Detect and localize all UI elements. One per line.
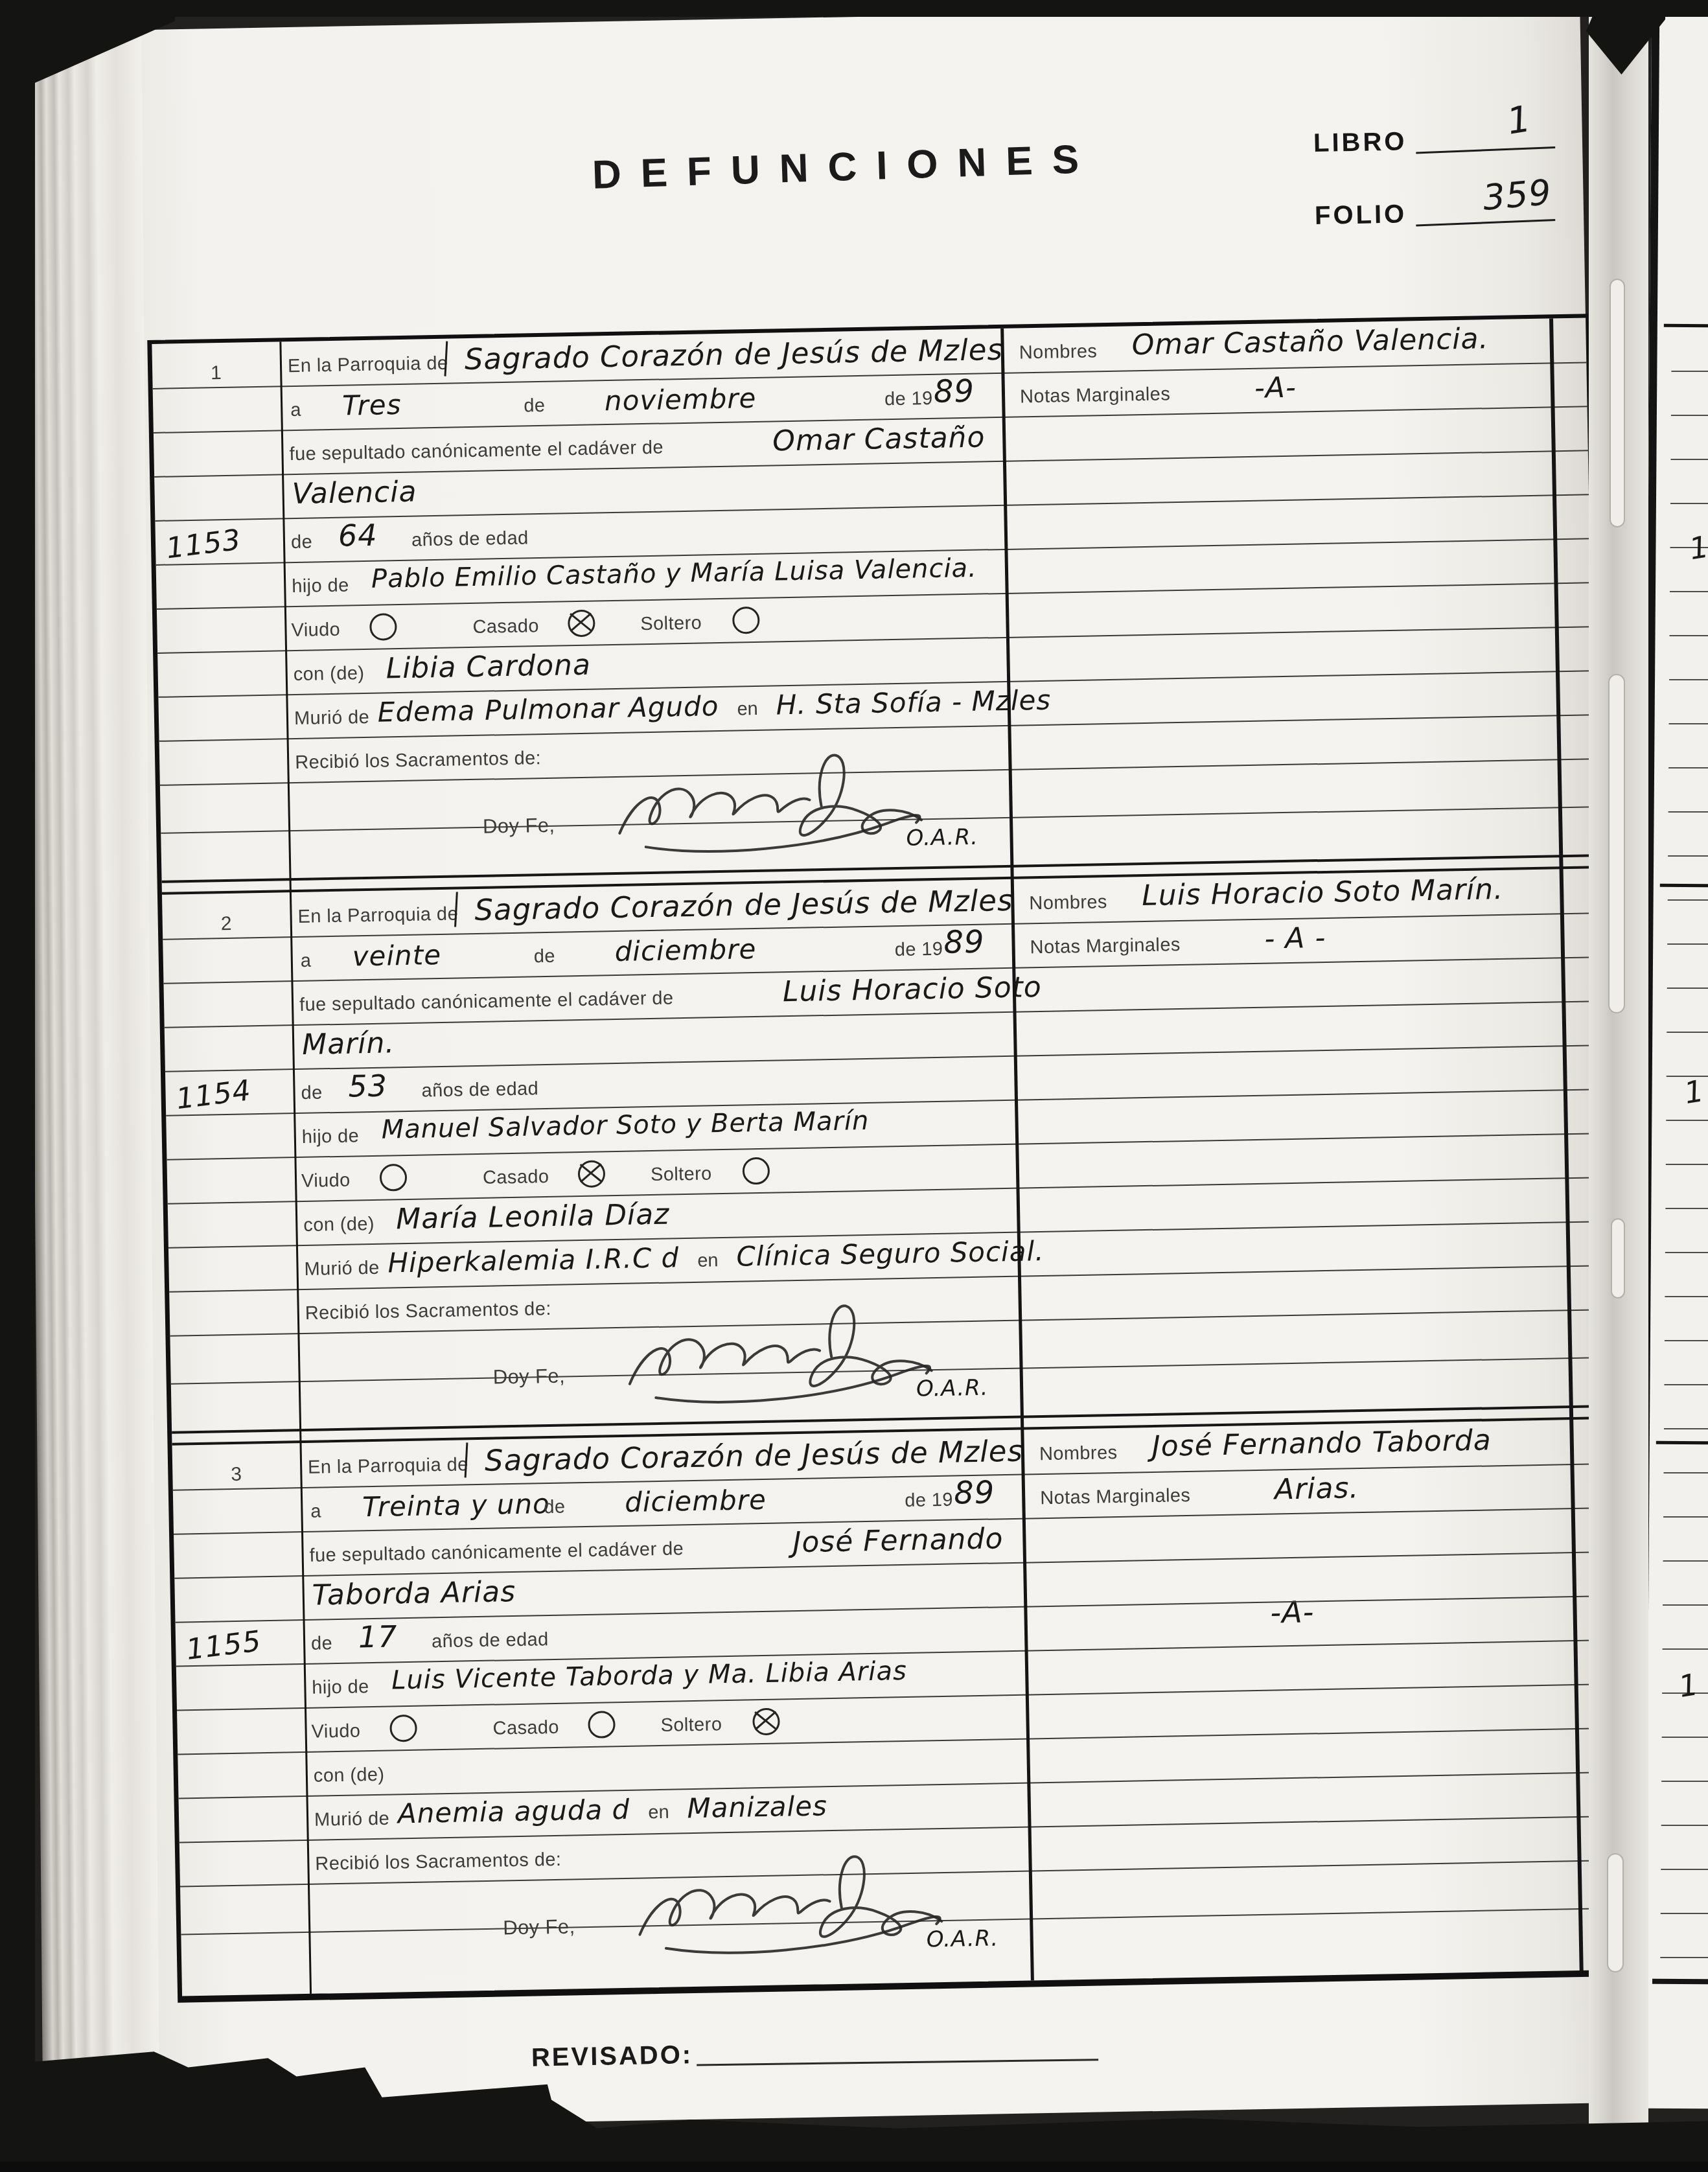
libro-underline xyxy=(1416,146,1556,154)
soltero-label: Soltero xyxy=(651,1163,712,1186)
nombres-value: Luis Horacio Soto Marín. xyxy=(1142,873,1504,912)
cause-values: Edema Pulmonar Agudo en H. Sta Sofía - M… xyxy=(377,684,1051,728)
month-value: diciembre xyxy=(614,933,756,967)
spouse-label: con (de) xyxy=(303,1214,375,1236)
parents-value: Manuel Salvador Soto y Berta Marín xyxy=(381,1106,870,1145)
parents-value: Luis Vicente Taborda y Ma. Libia Arias xyxy=(391,1656,907,1696)
parents-label: hijo de xyxy=(292,575,349,597)
en-label: en xyxy=(648,1802,669,1824)
scan-border-bottom-strip xyxy=(0,2162,1708,2172)
checkbox-casado xyxy=(568,610,595,638)
date-de19-label: de 19 xyxy=(894,939,943,961)
checkbox-viudo xyxy=(380,1164,408,1192)
parish-value: Sagrado Corazón de Jesús de Mzles xyxy=(464,332,1003,376)
parish-value: Sagrado Corazón de Jesús de Mzles xyxy=(485,1434,1024,1478)
age-suffix-label: años de edad xyxy=(421,1078,538,1102)
sacraments-label: Recibió los Sacramentos de: xyxy=(315,1849,561,1875)
notas-label: Notas Marginales xyxy=(1040,1485,1191,1509)
facing-page-table-top xyxy=(1664,324,1708,328)
notas-label: Notas Marginales xyxy=(1030,934,1181,958)
day-value: Treinta y uno xyxy=(362,1488,550,1523)
casado-label: Casado xyxy=(492,1717,559,1740)
register-page: DEFUNCIONES LIBRO 1 FOLIO 359 1 1153 En … xyxy=(111,3,1619,2129)
age-suffix-label: años de edad xyxy=(411,527,529,551)
checkbox-viudo xyxy=(369,613,397,641)
month-value: diciembre xyxy=(625,1484,767,1518)
day-value: veinte xyxy=(352,939,441,973)
date-a-label: a xyxy=(310,1501,321,1522)
libro-value-handwritten: 1 xyxy=(1505,98,1534,143)
book-page-stack-edge xyxy=(25,19,159,2086)
stitch-thread xyxy=(1608,674,1625,1013)
nombres-label: Nombres xyxy=(1039,1442,1118,1465)
attestation-initials: O.A.R. xyxy=(906,824,978,851)
buried-label: fue sepultado canónicamente el cadáver d… xyxy=(299,988,674,1016)
marginal-note: Arias. xyxy=(1275,1472,1359,1506)
folio-label: FOLIO xyxy=(1315,200,1407,230)
age-suffix-label: años de edad xyxy=(432,1629,549,1652)
cause-label: Murió de xyxy=(294,707,370,730)
stitch-thread xyxy=(1610,279,1625,527)
revisado-field: REVISADO: xyxy=(531,2033,1099,2073)
nombres-value: Omar Castaño Valencia. xyxy=(1131,322,1489,362)
nombres-label: Nombres xyxy=(1029,892,1107,914)
scan-border-left xyxy=(0,0,35,2172)
folio-value-handwritten: 359 xyxy=(1481,172,1553,218)
nombres-value: José Fernando Taborda xyxy=(1151,1424,1492,1463)
parish-value: Sagrado Corazón de Jesús de Mzles xyxy=(474,883,1013,927)
facing-page-separator xyxy=(1660,884,1708,888)
age-de-label: de xyxy=(301,1082,323,1104)
death-record: 1 1153 En la Parroquia de Sagrado Corazó… xyxy=(152,318,1596,894)
date-de-label: de xyxy=(544,1497,566,1519)
deceased-name-line1: Omar Castaño xyxy=(772,421,986,457)
age-value: 53 xyxy=(348,1068,388,1103)
soltero-label: Soltero xyxy=(640,612,702,635)
death-record: 3 1155 -A- En la Parroquia de Sagrado Co… xyxy=(172,1419,1617,1996)
priest-signature xyxy=(617,1293,982,1423)
date-de-label: de xyxy=(524,395,546,417)
buried-label: fue sepultado canónicamente el cadáver d… xyxy=(309,1538,684,1567)
spouse-label: con (de) xyxy=(314,1764,385,1787)
date-a-label: a xyxy=(301,951,312,972)
facing-page-table-bottom xyxy=(1652,1979,1708,1985)
parish-label: En la Parroquia de xyxy=(288,353,448,378)
notas-label: Notas Marginales xyxy=(1020,384,1171,408)
checkbox-soltero xyxy=(732,607,760,634)
sacraments-label: Recibió los Sacramentos de: xyxy=(305,1299,551,1324)
stitch-thread xyxy=(1607,1853,1624,1972)
attestation-initials: O.A.R. xyxy=(916,1375,989,1402)
place-value: Clínica Seguro Social. xyxy=(736,1235,1044,1273)
cause-value: Edema Pulmonar Agudo xyxy=(377,690,719,728)
sacraments-label: Recibió los Sacramentos de: xyxy=(295,748,541,774)
spouse-value: Libia Cardona xyxy=(386,649,591,686)
page-title: DEFUNCIONES xyxy=(398,130,1293,205)
doyfe-label: Doy Fe, xyxy=(483,814,555,838)
casado-label: Casado xyxy=(472,616,539,638)
attestation-initials: O.A.R. xyxy=(926,1925,998,1952)
viudo-label: Viudo xyxy=(311,1720,360,1742)
deceased-name-line2: Taborda Arias xyxy=(312,1575,516,1612)
en-label: en xyxy=(697,1250,719,1272)
age-value: 64 xyxy=(338,518,378,553)
year-value: 89 xyxy=(954,1474,995,1511)
checkbox-viudo xyxy=(389,1715,417,1742)
spouse-label: con (de) xyxy=(293,663,364,686)
nombres-label: Nombres xyxy=(1019,341,1098,364)
checkbox-soltero xyxy=(743,1157,770,1185)
doyfe-label: Doy Fe, xyxy=(492,1365,565,1389)
priest-signature xyxy=(606,743,971,872)
cause-value: Hiperkalemia I.R.C d xyxy=(387,1242,680,1278)
deceased-name-line1: Luis Horacio Soto xyxy=(782,971,1042,1008)
year-value: 89 xyxy=(933,373,975,410)
year-value: 89 xyxy=(943,924,985,961)
cause-value: Anemia aguda d xyxy=(398,1794,630,1830)
age-value: 17 xyxy=(358,1619,398,1654)
libro-field: LIBRO 1 xyxy=(1313,124,1556,168)
libro-label: LIBRO xyxy=(1313,127,1407,157)
folio-underline xyxy=(1416,219,1556,226)
revisado-underline xyxy=(697,2059,1098,2066)
date-de-label: de xyxy=(534,946,556,968)
parish-label: En la Parroquia de xyxy=(297,903,458,928)
stitch-thread xyxy=(1611,1218,1625,1299)
en-label: en xyxy=(737,699,758,721)
parents-label: hijo de xyxy=(312,1676,369,1699)
parish-label: En la Parroquia de xyxy=(308,1454,468,1479)
spouse-value: María Leonila Díaz xyxy=(396,1198,670,1236)
book-gutter xyxy=(1589,0,1648,2172)
buried-label: fue sepultado canónicamente el cadáver d… xyxy=(289,437,664,466)
deceased-name-line2: Marín. xyxy=(302,1026,395,1061)
checkbox-casado xyxy=(588,1711,616,1739)
viudo-label: Viudo xyxy=(301,1170,351,1192)
cause-label: Murió de xyxy=(304,1258,380,1280)
deaths-register-table: 1 1153 En la Parroquia de Sagrado Corazó… xyxy=(147,314,1619,2002)
month-value: noviembre xyxy=(605,382,757,417)
soltero-label: Soltero xyxy=(660,1714,722,1737)
place-value: Manizales xyxy=(687,1790,827,1824)
day-value: Tres xyxy=(342,389,402,422)
parents-label: hijo de xyxy=(302,1126,360,1148)
date-de19-label: de 19 xyxy=(905,1490,953,1512)
date-a-label: a xyxy=(290,400,301,421)
priest-signature xyxy=(627,1844,991,1974)
deceased-name-line1: José Fernando xyxy=(792,1522,1004,1559)
revisado-label: REVISADO: xyxy=(531,2040,693,2072)
folio-field: FOLIO 359 xyxy=(1315,197,1556,240)
deceased-name-line2: Valencia xyxy=(292,476,417,511)
age-de-label: de xyxy=(311,1633,333,1655)
scan-border-top xyxy=(0,0,1708,17)
cause-values: Anemia aguda d en Manizales xyxy=(398,1790,828,1829)
parents-value: Pablo Emilio Castaño y María Luisa Valen… xyxy=(371,553,978,594)
facing-page-separator xyxy=(1656,1441,1708,1445)
marginal-note: - A - xyxy=(1264,921,1326,956)
cause-label: Murió de xyxy=(314,1808,390,1831)
checkbox-casado xyxy=(578,1160,606,1188)
facing-page-rules xyxy=(1660,328,1708,1980)
cause-values: Hiperkalemia I.R.C d en Clínica Seguro S… xyxy=(387,1235,1044,1279)
checkbox-soltero xyxy=(752,1708,780,1736)
marginal-note: -A- xyxy=(1254,371,1297,405)
age-de-label: de xyxy=(291,531,313,553)
death-record: 2 1154 En la Parroquia de Sagrado Corazó… xyxy=(162,868,1606,1445)
date-de19-label: de 19 xyxy=(884,388,933,410)
casado-label: Casado xyxy=(483,1166,549,1189)
viudo-label: Viudo xyxy=(291,619,340,641)
doyfe-label: Doy Fe, xyxy=(503,1915,575,1939)
